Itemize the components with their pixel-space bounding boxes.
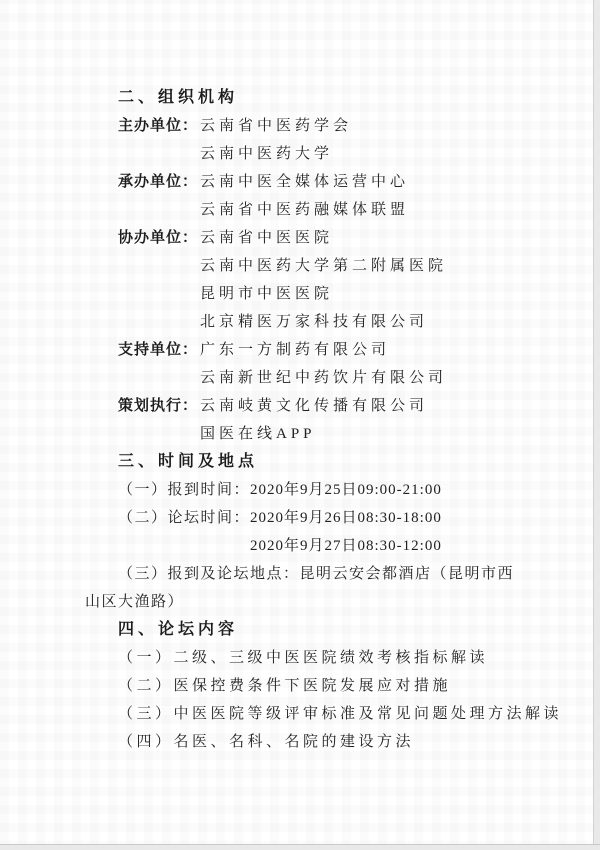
org-entry-row: 承办单位：云南中医全媒体运营中心 — [0, 168, 600, 196]
section-heading-organization: 二、组织机构 — [0, 84, 600, 112]
document-content: 二、组织机构 主办单位：云南省中医药学会 云南中医药大学 承办单位：云南中医全媒… — [0, 84, 600, 756]
org-role-label: 支持单位： — [118, 336, 200, 364]
org-entry-row: 协办单位：云南省中医医院 — [0, 224, 600, 252]
org-unit-name: 云南省中医药学会 — [200, 118, 352, 134]
schedule-item: （三）报到及论坛地点：昆明云安会都酒店（昆明市西 — [0, 560, 600, 588]
page-bottom-edge — [0, 844, 600, 850]
org-role-label: 主办单位： — [118, 112, 200, 140]
schedule-item: （二）论坛时间：2020年9月26日08:30-18:00 — [0, 504, 600, 532]
schedule-item-label: （一）报到时间： — [118, 476, 250, 504]
org-entry-row: 策划执行：云南岐黄文化传播有限公司 — [0, 392, 600, 420]
org-unit-name: 云南省中医药融媒体联盟 — [0, 196, 600, 224]
org-unit-name: 广东一方制药有限公司 — [200, 342, 390, 358]
agenda-item: （三）中医医院等级评审标准及常见问题处理方法解读 — [0, 700, 600, 728]
org-unit-name: 云南中医药大学 — [0, 140, 600, 168]
agenda-item: （四）名医、名科、名院的建设方法 — [0, 728, 600, 756]
org-unit-name: 云南省中医医院 — [200, 230, 333, 246]
section-heading-schedule: 三、时间及地点 — [0, 448, 600, 476]
org-role-label: 协办单位： — [118, 224, 200, 252]
section-heading-agenda: 四、论坛内容 — [0, 616, 600, 644]
org-role-label: 承办单位： — [118, 168, 200, 196]
schedule-item-continuation: 山区大渔路） — [0, 588, 600, 616]
agenda-item: （一）二级、三级中医医院绩效考核指标解读 — [0, 644, 600, 672]
agenda-item: （二）医保控费条件下医院发展应对措施 — [0, 672, 600, 700]
document-page: 二、组织机构 主办单位：云南省中医药学会 云南中医药大学 承办单位：云南中医全媒… — [0, 0, 600, 850]
schedule-item-value-continuation: 2020年9月27日08:30-12:00 — [0, 532, 600, 560]
org-unit-name: 云南中医全媒体运营中心 — [200, 174, 409, 190]
org-unit-name: 国医在线APP — [0, 420, 600, 448]
org-unit-name: 云南岐黄文化传播有限公司 — [200, 398, 428, 414]
schedule-item-value: 2020年9月25日09:00-21:00 — [250, 482, 442, 498]
org-unit-name: 云南中医药大学第二附属医院 — [0, 252, 600, 280]
org-entry-row: 主办单位：云南省中医药学会 — [0, 112, 600, 140]
schedule-item-label: （二）论坛时间： — [118, 504, 250, 532]
org-entry-row: 支持单位：广东一方制药有限公司 — [0, 336, 600, 364]
org-unit-name: 云南新世纪中药饮片有限公司 — [0, 364, 600, 392]
org-unit-name: 北京精医万家科技有限公司 — [0, 308, 600, 336]
schedule-item: （一）报到时间：2020年9月25日09:00-21:00 — [0, 476, 600, 504]
org-role-label: 策划执行： — [118, 392, 200, 420]
page-right-edge — [593, 0, 600, 850]
org-unit-name: 昆明市中医医院 — [0, 280, 600, 308]
schedule-item-value: 2020年9月26日08:30-18:00 — [250, 510, 442, 526]
